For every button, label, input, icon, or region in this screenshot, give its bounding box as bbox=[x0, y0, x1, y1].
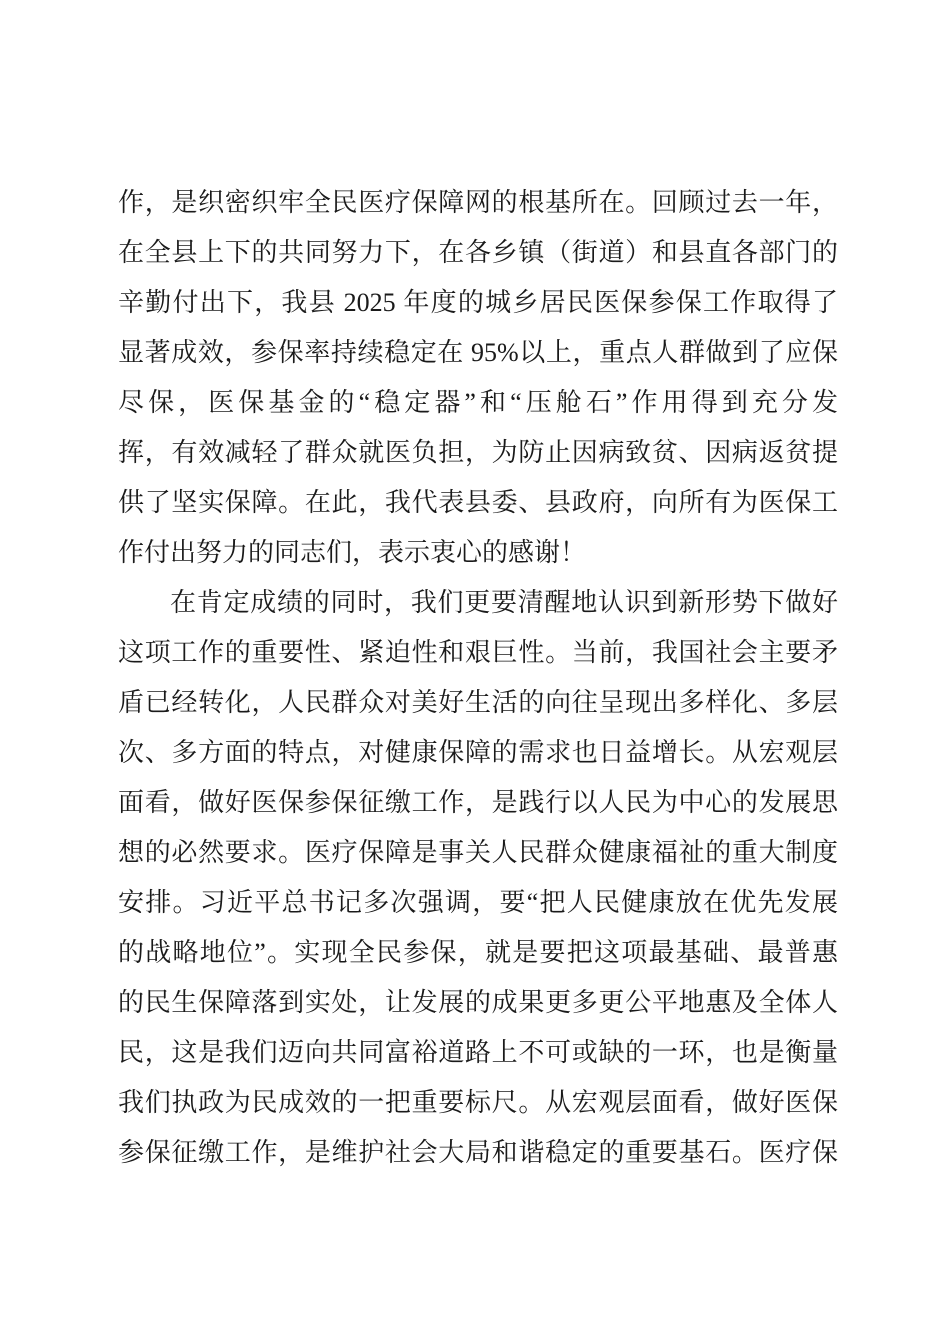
text-line: 我们执政为民成效的一把重要标尺。从宏观层面看，做好医保 bbox=[118, 1078, 838, 1128]
text-line: 作，是织密织牢全民医疗保障网的根基所在。回顾过去一年， bbox=[118, 178, 838, 228]
text-line: 供了坚实保障。在此，我代表县委、县政府，向所有为医保工 bbox=[118, 478, 838, 528]
paragraph-2: 在肯定成绩的同时，我们更要清醒地认识到新形势下做好 这项工作的重要性、紧迫性和艰… bbox=[118, 578, 838, 1178]
text-line: 尽保，医保基金的“稳定器”和“压舱石”作用得到充分发 bbox=[118, 378, 838, 428]
body-text: 作，是织密织牢全民医疗保障网的根基所在。回顾过去一年， 在全县上下的共同努力下，… bbox=[118, 178, 838, 1178]
text-line: 面看，做好医保参保征缴工作，是践行以人民为中心的发展思 bbox=[118, 778, 838, 828]
text-line: 这项工作的重要性、紧迫性和艰巨性。当前，我国社会主要矛 bbox=[118, 628, 838, 678]
text-line: 盾已经转化，人民群众对美好生活的向往呈现出多样化、多层 bbox=[118, 678, 838, 728]
text-line: 在全县上下的共同努力下，在各乡镇（街道）和县直各部门的 bbox=[118, 228, 838, 278]
text-line: 在肯定成绩的同时，我们更要清醒地认识到新形势下做好 bbox=[118, 578, 838, 628]
text-line: 显著成效，参保率持续稳定在 95%以上，重点人群做到了应保 bbox=[118, 328, 838, 378]
text-line: 辛勤付出下，我县 2025 年度的城乡居民医保参保工作取得了 bbox=[118, 278, 838, 328]
paragraph-continuation: 作，是织密织牢全民医疗保障网的根基所在。回顾过去一年， 在全县上下的共同努力下，… bbox=[118, 178, 838, 578]
text-line: 民，这是我们迈向共同富裕道路上不可或缺的一环，也是衡量 bbox=[118, 1028, 838, 1078]
text-line: 挥，有效减轻了群众就医负担，为防止因病致贫、因病返贫提 bbox=[118, 428, 838, 478]
text-line: 的战略地位”。实现全民参保，就是要把这项最基础、最普惠 bbox=[118, 928, 838, 978]
text-line: 次、多方面的特点，对健康保障的需求也日益增长。从宏观层 bbox=[118, 728, 838, 778]
text-line: 想的必然要求。医疗保障是事关人民群众健康福祉的重大制度 bbox=[118, 828, 838, 878]
text-line: 的民生保障落到实处，让发展的成果更多更公平地惠及全体人 bbox=[118, 978, 838, 1028]
document-page: 作，是织密织牢全民医疗保障网的根基所在。回顾过去一年， 在全县上下的共同努力下，… bbox=[0, 0, 950, 1344]
text-line: 安排。习近平总书记多次强调，要“把人民健康放在优先发展 bbox=[118, 878, 838, 928]
text-line: 作付出努力的同志们，表示衷心的感谢！ bbox=[118, 528, 838, 578]
text-line: 参保征缴工作，是维护社会大局和谐稳定的重要基石。医疗保 bbox=[118, 1128, 838, 1178]
